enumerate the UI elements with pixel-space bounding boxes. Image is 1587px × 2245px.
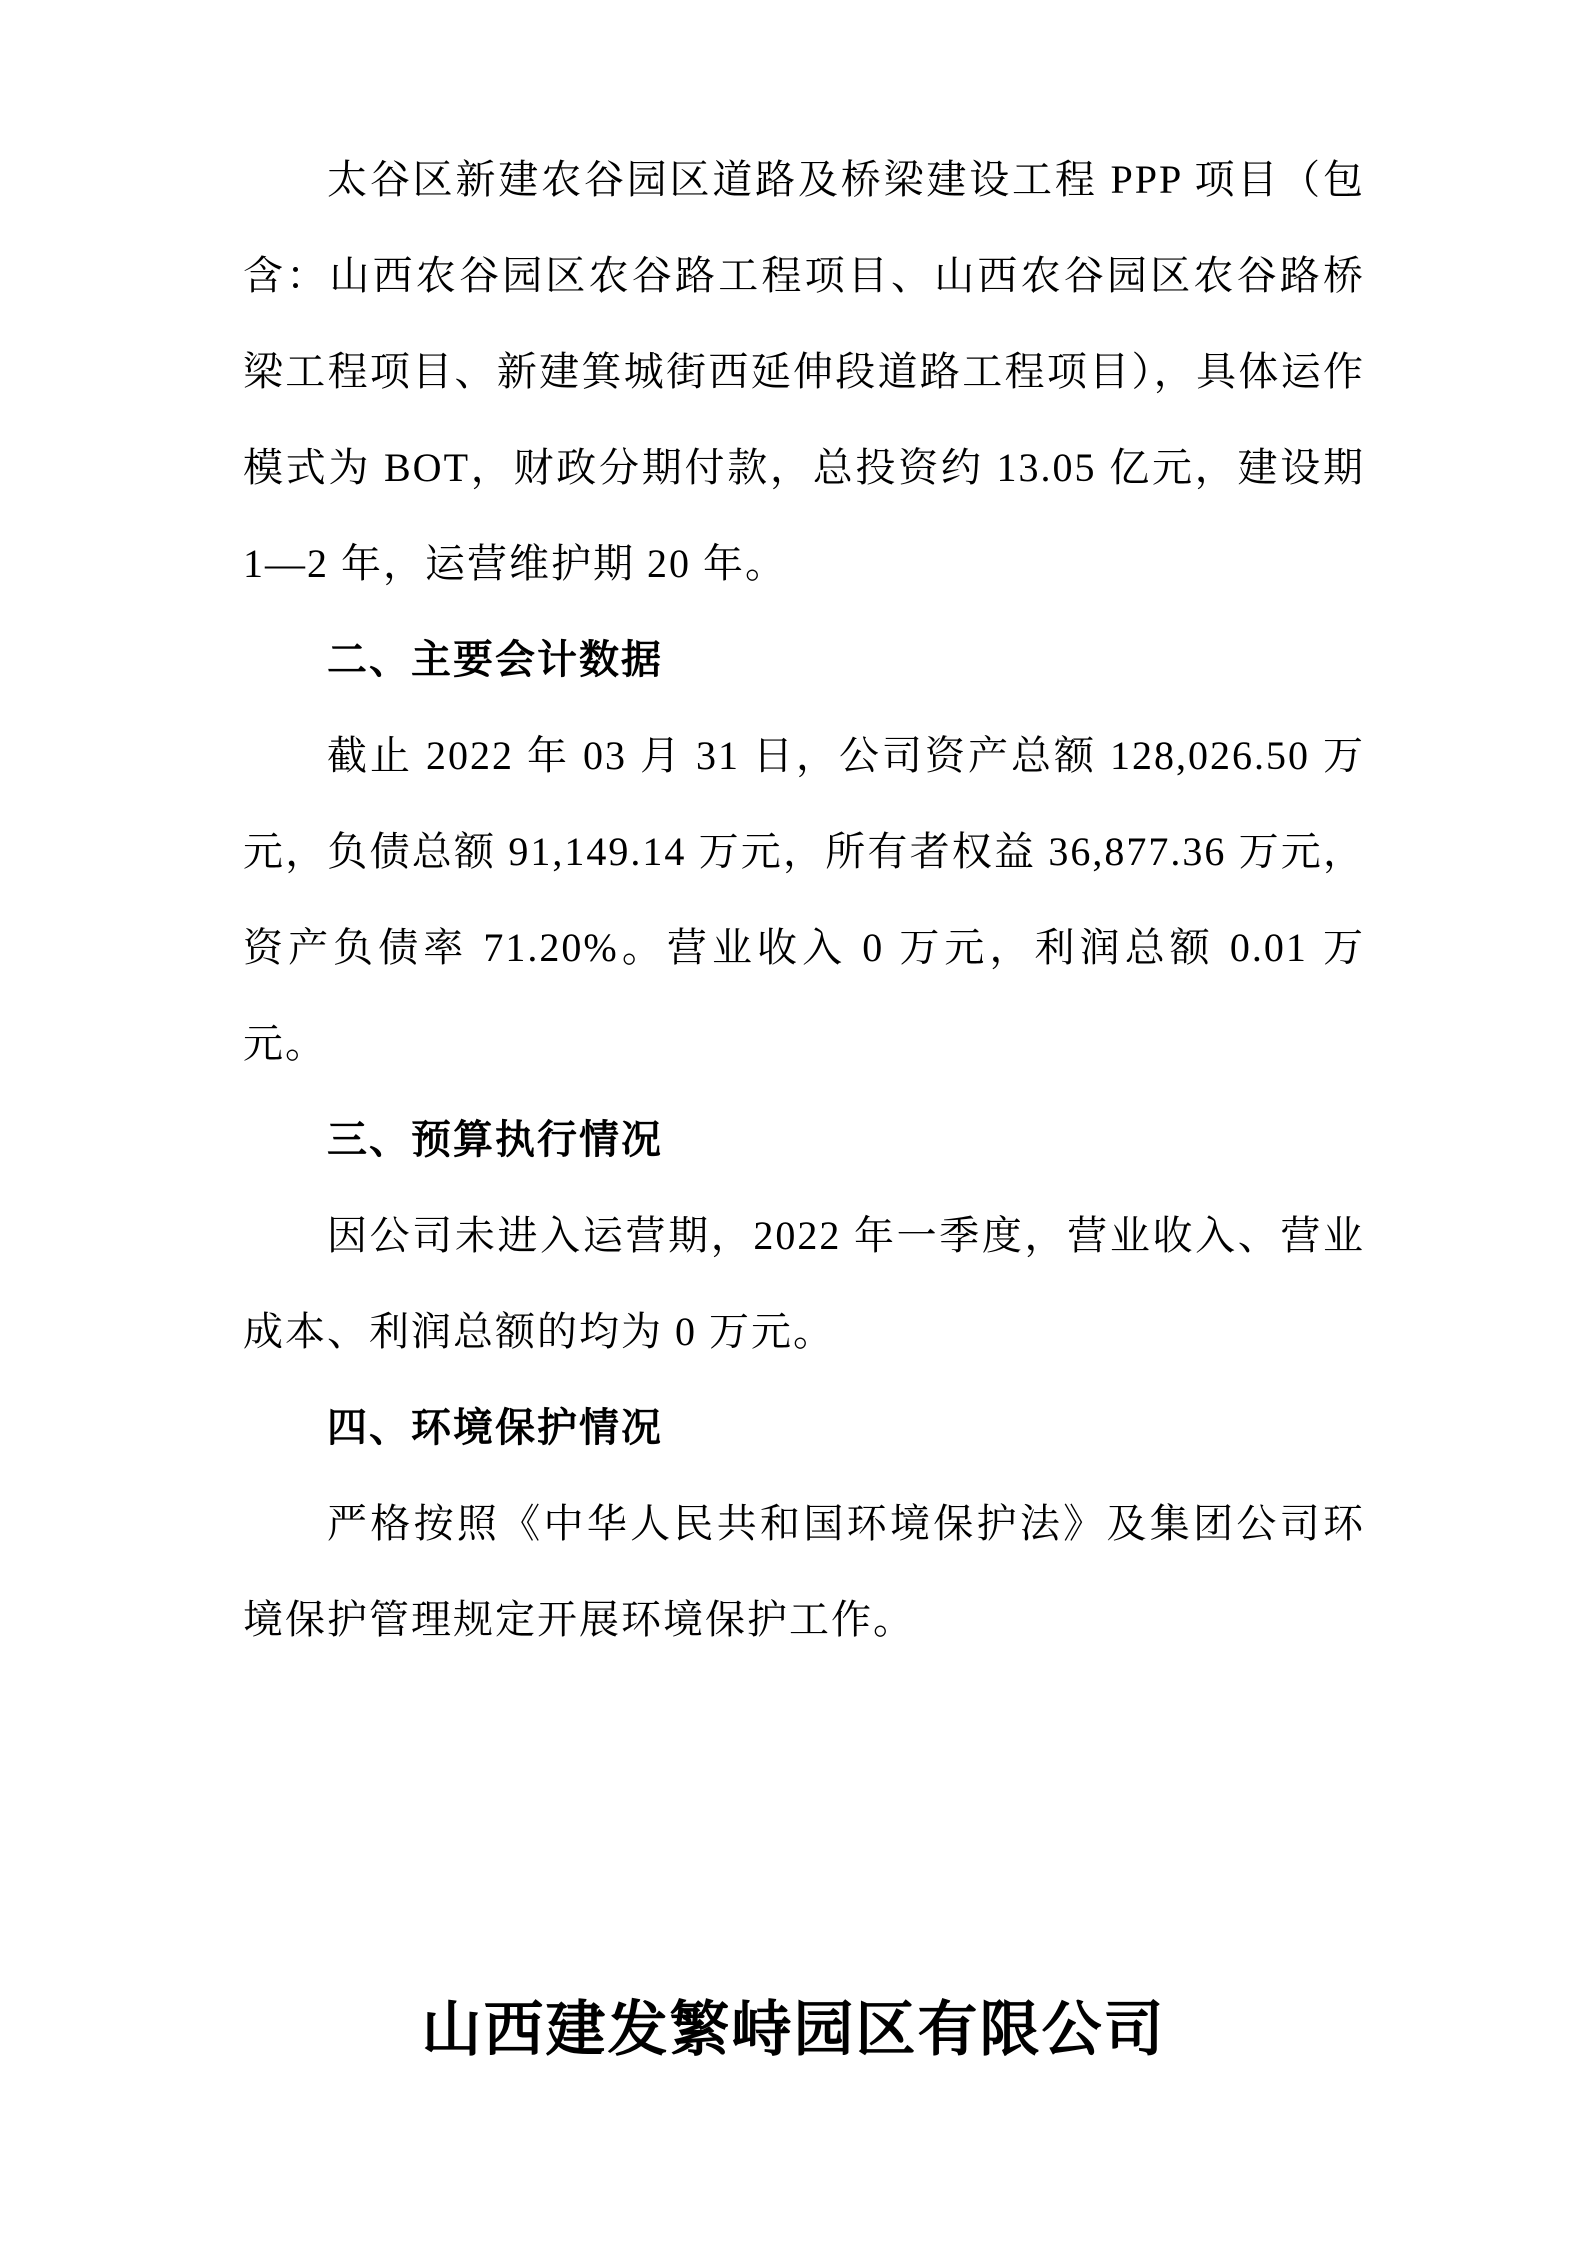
paragraph-environmental-protection: 严格按照《中华人民共和国环境保护法》及集团公司环境保护管理规定开展环境保护工作。 bbox=[243, 1476, 1365, 1668]
document-page: 太谷区新建农谷园区道路及桥梁建设工程 PPP 项目（包含：山西农谷园区农谷路工程… bbox=[0, 0, 1587, 2245]
document-body: 太谷区新建农谷园区道路及桥梁建设工程 PPP 项目（包含：山西农谷园区农谷路工程… bbox=[243, 132, 1365, 1668]
company-signature: 山西建发繁峙园区有限公司 bbox=[0, 1982, 1587, 2068]
paragraph-project-overview: 太谷区新建农谷园区道路及桥梁建设工程 PPP 项目（包含：山西农谷园区农谷路工程… bbox=[243, 132, 1365, 612]
paragraph-budget-execution: 因公司未进入运营期，2022 年一季度，营业收入、营业成本、利润总额的均为 0 … bbox=[243, 1188, 1365, 1380]
heading-environmental-protection: 四、环境保护情况 bbox=[243, 1380, 1365, 1476]
heading-main-accounting-data: 二、主要会计数据 bbox=[243, 612, 1365, 708]
heading-budget-execution: 三、预算执行情况 bbox=[243, 1092, 1365, 1188]
paragraph-accounting-data: 截止 2022 年 03 月 31 日，公司资产总额 128,026.50 万元… bbox=[243, 708, 1365, 1092]
